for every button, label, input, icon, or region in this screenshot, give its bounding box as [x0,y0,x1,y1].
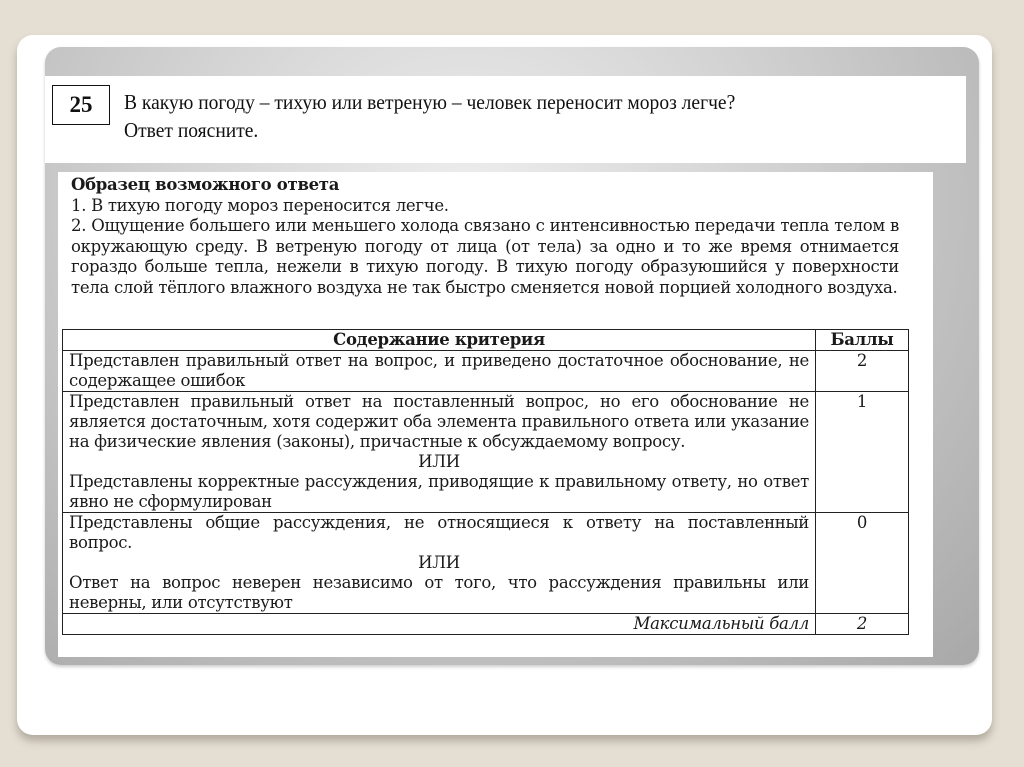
question-text: В какую погоду – тихую или ветреную – че… [124,88,896,144]
header-score: Баллы [816,330,909,351]
criteria-or: ИЛИ [69,553,809,573]
criteria-score: 1 [816,392,909,513]
criteria-part: Представлены общие рассуждения, не относ… [69,513,809,553]
answer-title: Образец возможного ответа [71,175,899,196]
criteria-table: Содержание критерия Баллы Представлен пр… [62,329,909,635]
criteria-or: ИЛИ [69,452,809,472]
question-box: 25 В какую погоду – тихую или ветреную –… [45,76,966,163]
criteria-score: 0 [816,513,909,614]
criteria-header-row: Содержание критерия Баллы [63,330,909,351]
question-text-line2: Ответ поясните. [124,116,896,144]
max-score-row: Максимальный балл 2 [63,614,909,635]
criteria-text: Представлен правильный ответ на вопрос, … [63,351,816,392]
max-score-value: 2 [816,614,909,635]
sample-answer: Образец возможного ответа 1. В тихую пог… [71,175,899,298]
criteria-part: Представлен правильный ответ на вопрос, … [69,351,809,391]
answer-box: Образец возможного ответа 1. В тихую пог… [58,172,933,657]
question-number: 25 [52,85,110,125]
table-row: Представлен правильный ответ на вопрос, … [63,351,909,392]
question-text-line1: В какую погоду – тихую или ветреную – че… [124,88,896,116]
answer-point-2: 2. Ощущение большего или меньшего холода… [71,216,899,298]
table-row: Представлены общие рассуждения, не относ… [63,513,909,614]
header-criteria: Содержание критерия [63,330,816,351]
max-score-label: Максимальный балл [63,614,816,635]
criteria-part: Ответ на вопрос неверен независимо от то… [69,573,809,613]
criteria-part: Представлены корректные рассуждения, при… [69,472,809,512]
criteria-score: 2 [816,351,909,392]
answer-point-1: 1. В тихую погоду мороз переносится легч… [71,196,899,217]
criteria-text: Представлен правильный ответ на поставле… [63,392,816,513]
criteria-text: Представлены общие рассуждения, не относ… [63,513,816,614]
table-row: Представлен правильный ответ на поставле… [63,392,909,513]
criteria-part: Представлен правильный ответ на поставле… [69,392,809,452]
